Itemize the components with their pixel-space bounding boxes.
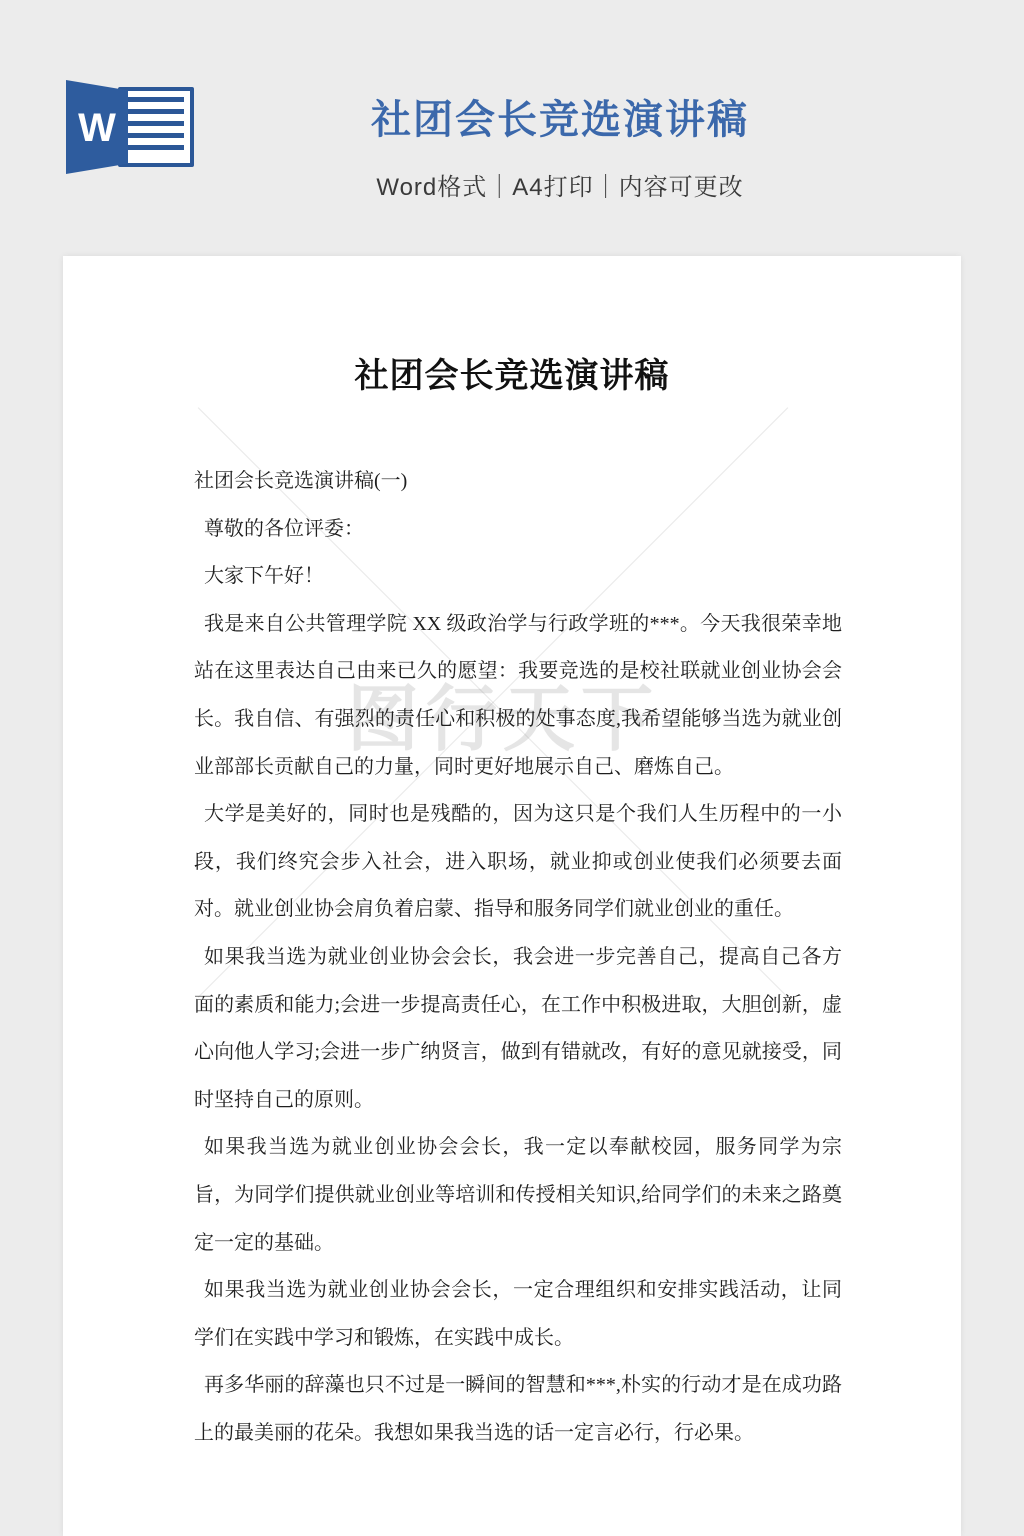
word-icon-page xyxy=(118,87,194,167)
paragraph: 大家下午好！ xyxy=(194,553,842,601)
preview-header: W 社团会长竞选演讲稿 Word格式｜A4打印｜内容可更改 xyxy=(0,0,1024,256)
paragraph: 尊敬的各位评委： xyxy=(194,506,842,554)
paragraph: 大学是美好的，同时也是残酷的，因为这只是个我们人生历程中的一小段，我们终究会步入… xyxy=(194,791,842,934)
page-subtitle: Word格式｜A4打印｜内容可更改 xyxy=(96,167,1024,202)
paragraph: 我是来自公共管理学院 XX 级政治学与行政学班的***。今天我很荣幸地站在这里表… xyxy=(194,601,842,791)
document-page: 图行天下 社团会长竞选演讲稿 社团会长竞选演讲稿(一)尊敬的各位评委：大家下午好… xyxy=(63,256,961,1536)
document-title: 社团会长竞选演讲稿 xyxy=(63,256,961,402)
paragraph: 再多华丽的辞藻也只不过是一瞬间的智慧和***,朴实的行动才是在成功路上的最美丽的… xyxy=(194,1362,842,1457)
word-icon-text-lines xyxy=(128,97,184,157)
paragraph: 如果我当选为就业创业协会会长，一定合理组织和安排实践活动，让同学们在实践中学习和… xyxy=(194,1267,842,1362)
page-title: 社团会长竞选演讲稿 xyxy=(96,88,1024,145)
paragraph: 社团会长竞选演讲稿(一) xyxy=(194,458,842,506)
page: { "header": { "title": "社团会长竞选演讲稿", "sub… xyxy=(0,0,1024,1536)
word-icon-letter: W xyxy=(78,106,116,151)
header-text-block: 社团会长竞选演讲稿 Word格式｜A4打印｜内容可更改 xyxy=(96,0,1024,202)
word-icon-cover: W xyxy=(66,80,128,174)
paragraph: 如果我当选为就业创业协会会长，我一定以奉献校园，服务同学为宗旨，为同学们提供就业… xyxy=(194,1124,842,1267)
paragraph: 如果我当选为就业创业协会会长，我会进一步完善自己，提高自己各方面的素质和能力;会… xyxy=(194,934,842,1124)
word-icon: W xyxy=(66,80,202,174)
document-body: 社团会长竞选演讲稿(一)尊敬的各位评委：大家下午好！我是来自公共管理学院 XX … xyxy=(63,458,961,1517)
